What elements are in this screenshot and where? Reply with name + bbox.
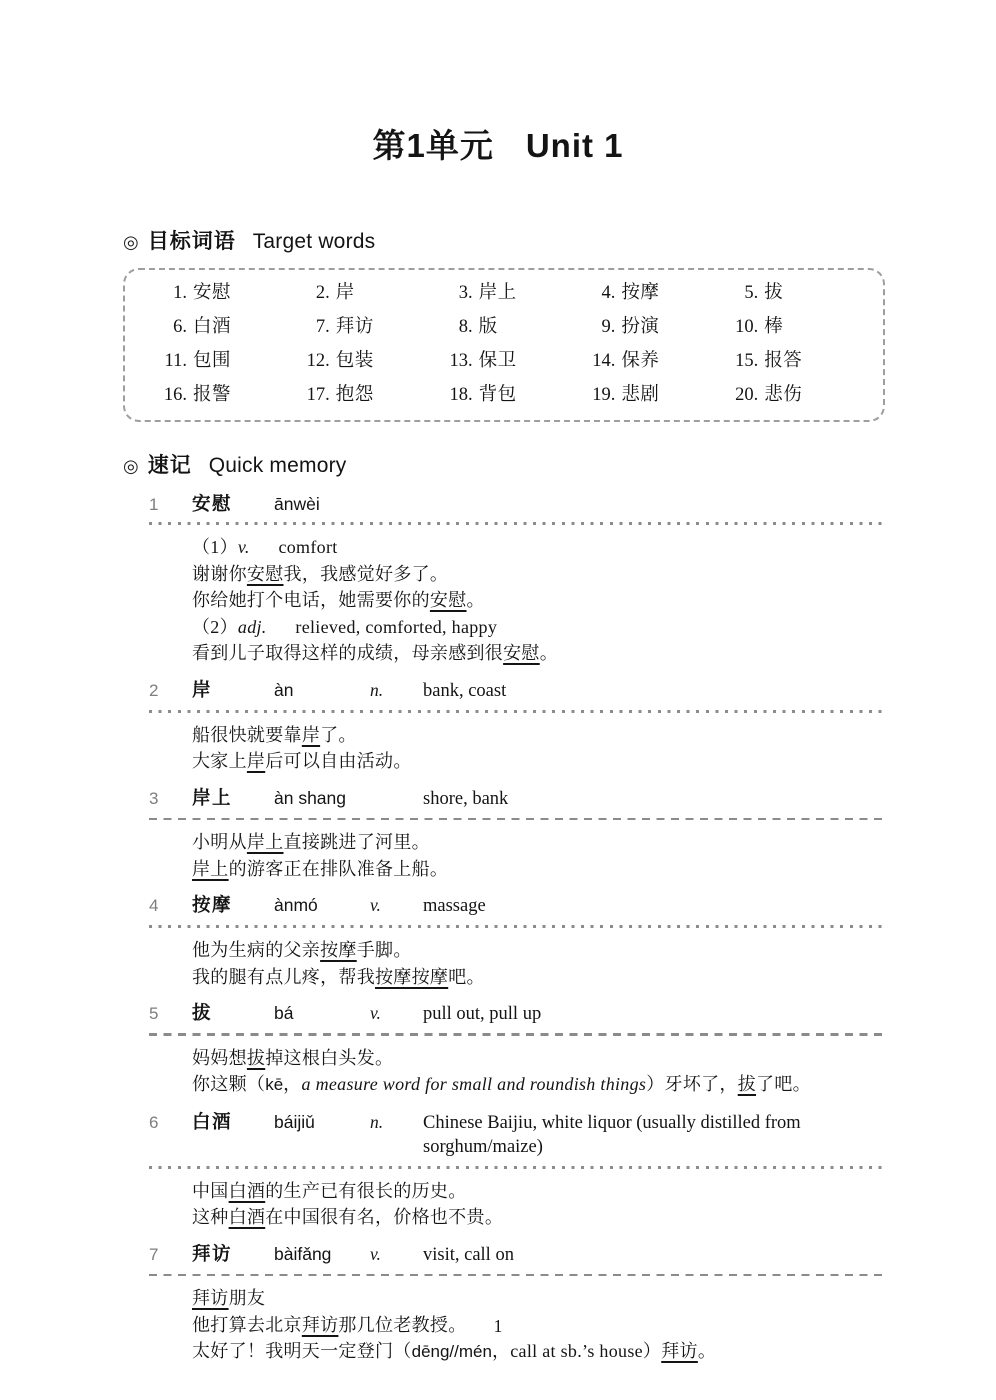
- target-word-number: 9.: [577, 316, 615, 338]
- target-word: 16.报警: [149, 384, 292, 406]
- text-segment: 你这颗（: [192, 1074, 265, 1094]
- text-segment: 谢谢你: [192, 564, 247, 584]
- text-segment: 按摩: [320, 940, 357, 960]
- text-segment: 安慰: [503, 643, 540, 663]
- target-word-text: 白酒: [193, 316, 231, 338]
- target-word-text: 报答: [764, 350, 802, 372]
- target-words-box: 1.安慰2.岸3.岸上4.按摩5.拔6.白酒7.拜访8.版9.扮演10.棒11.…: [123, 268, 885, 422]
- quick-memory-header: ◎ 速记 Quick memory: [123, 453, 885, 479]
- entry-examples: （1）v. comfort谢谢你安慰我，我感觉好多了。你给她打个电话，她需要你的…: [192, 534, 885, 667]
- entry-meaning: Chinese Baijiu, white liquor (usually di…: [423, 1111, 885, 1159]
- target-word-text: 版: [479, 316, 498, 338]
- text-segment: 我，我感觉好多了。: [284, 564, 449, 584]
- text-segment: 岸: [302, 725, 320, 745]
- text-segment: 拔: [247, 1048, 265, 1068]
- text-segment: （2）: [192, 617, 238, 637]
- text-segment: 在中国很有名，价格也不贵。: [265, 1207, 503, 1227]
- target-word-text: 背包: [479, 384, 517, 406]
- target-word-number: 5.: [720, 282, 758, 304]
- text-segment: ，: [283, 1074, 301, 1094]
- text-segment: 我的腿有点儿疼，帮我: [192, 967, 375, 987]
- unit-title-zh: 第1单元: [372, 127, 493, 164]
- entry-separator: [149, 1033, 885, 1036]
- target-word-number: 2.: [292, 282, 330, 304]
- text-segment: 拜访: [661, 1341, 698, 1361]
- entry-pinyin: bá: [274, 1003, 370, 1024]
- entry: 2岸ànn.bank, coast船很快就要靠岸了。大家上岸后可以自由活动。: [149, 679, 885, 775]
- entry: 5拔báv.pull out, pull up妈妈想拔掉这根白头发。你这颗（kē…: [149, 1002, 885, 1099]
- target-word-number: 19.: [577, 384, 615, 406]
- entry-number: 4: [149, 895, 192, 916]
- text-segment: 后可以自由活动。: [265, 751, 411, 771]
- entry-meaning: shore, bank: [423, 787, 885, 811]
- text-segment: 的游客正在排队准备上船。: [229, 859, 449, 879]
- entry-part-of-speech: v.: [370, 1003, 423, 1024]
- target-word-number: 1.: [149, 282, 187, 304]
- example-line: 中国白酒的生产已有很长的历史。: [192, 1178, 885, 1205]
- entry-pinyin: báijiǔ: [274, 1112, 370, 1133]
- example-line: 岸上的游客正在排队准备上船。: [192, 856, 885, 883]
- entry-number: 5: [149, 1003, 192, 1024]
- entry: 4按摩ànmóv.massage他为生病的父亲按摩手脚。我的腿有点儿疼，帮我按摩…: [149, 894, 885, 990]
- text-segment: 按摩按摩: [375, 967, 448, 987]
- target-word-number: 4.: [577, 282, 615, 304]
- entry-part-of-speech: v.: [370, 1244, 423, 1265]
- text-segment: comfort: [250, 537, 338, 557]
- entry-meaning: bank, coast: [423, 679, 885, 703]
- example-line: 你这颗（kē，a measure word for small and roun…: [192, 1071, 885, 1099]
- text-segment: 妈妈想: [192, 1048, 247, 1068]
- example-line: 大家上岸后可以自由活动。: [192, 748, 885, 775]
- bullseye-icon: ◎: [123, 453, 139, 479]
- text-segment: ，call at sb.’s house）: [492, 1341, 661, 1361]
- entry-examples: 船很快就要靠岸了。大家上岸后可以自由活动。: [192, 722, 885, 775]
- text-segment: kē: [265, 1075, 283, 1094]
- target-word-text: 按摩: [621, 282, 659, 304]
- entry: 6白酒báijiǔn.Chinese Baijiu, white liquor …: [149, 1111, 885, 1231]
- text-segment: 岸: [247, 751, 265, 771]
- text-segment: 你给她打个电话，她需要你的: [192, 590, 430, 610]
- example-line: 他为生病的父亲按摩手脚。: [192, 937, 885, 964]
- example-line: （1）v. comfort: [192, 534, 885, 561]
- target-word: 1.安慰: [149, 282, 292, 304]
- text-segment: ）牙坏了，: [646, 1074, 738, 1094]
- entry-pinyin: bàifǎng: [274, 1244, 370, 1265]
- target-word-number: 12.: [292, 350, 330, 372]
- text-segment: 安慰: [430, 590, 467, 610]
- entry-header: 2岸ànn.bank, coast: [149, 679, 885, 703]
- target-word-number: 8.: [435, 316, 473, 338]
- text-segment: 太好了！我明天一定登门（: [192, 1341, 412, 1361]
- target-word-number: 7.: [292, 316, 330, 338]
- target-word: 2.岸: [292, 282, 435, 304]
- target-word-text: 拔: [764, 282, 783, 304]
- entry-word: 白酒: [192, 1111, 274, 1132]
- entry-meaning: visit, call on: [423, 1243, 885, 1267]
- text-segment: 。: [540, 643, 558, 663]
- entry-examples: 中国白酒的生产已有很长的历史。这种白酒在中国很有名，价格也不贵。: [192, 1178, 885, 1231]
- target-word-number: 11.: [149, 350, 187, 372]
- page-number: 1: [0, 1316, 996, 1337]
- example-line: 妈妈想拔掉这根白头发。: [192, 1045, 885, 1072]
- target-word-text: 安慰: [193, 282, 231, 304]
- entry-number: 2: [149, 680, 192, 701]
- entry-separator: [149, 818, 885, 821]
- text-segment: 拜访: [192, 1288, 229, 1308]
- text-segment: 岸上: [247, 832, 284, 852]
- target-word-text: 悲剧: [621, 384, 659, 406]
- entry-separator: [149, 925, 885, 928]
- text-segment: relieved, comforted, happy: [267, 617, 498, 637]
- text-segment: adj.: [238, 617, 267, 637]
- text-segment: 朋友: [229, 1288, 266, 1308]
- entry-pinyin: ànmó: [274, 895, 370, 916]
- text-segment: a measure word for small and roundish th…: [301, 1074, 646, 1094]
- target-word: 11.包围: [149, 350, 292, 372]
- text-segment: 看到儿子取得这样的成绩，母亲感到很: [192, 643, 503, 663]
- target-word-number: 16.: [149, 384, 187, 406]
- text-segment: 中国: [192, 1181, 229, 1201]
- target-word: 15.报答: [720, 350, 863, 372]
- entry-part-of-speech: n.: [370, 680, 423, 701]
- target-word: 12.包装: [292, 350, 435, 372]
- text-segment: 手脚。: [357, 940, 412, 960]
- entry-meaning: massage: [423, 894, 885, 918]
- text-segment: 白酒: [229, 1207, 266, 1227]
- example-line: （2）adj. relieved, comforted, happy: [192, 614, 885, 641]
- target-word: 3.岸上: [435, 282, 578, 304]
- target-word-text: 悲伤: [764, 384, 802, 406]
- target-word-number: 14.: [577, 350, 615, 372]
- entry-number: 1: [149, 494, 192, 515]
- text-segment: 他为生病的父亲: [192, 940, 320, 960]
- target-word-text: 棒: [764, 316, 783, 338]
- entry-number: 3: [149, 788, 192, 809]
- entry-examples: 他为生病的父亲按摩手脚。我的腿有点儿疼，帮我按摩按摩吧。: [192, 937, 885, 990]
- target-word: 18.背包: [435, 384, 578, 406]
- entry-examples: 妈妈想拔掉这根白头发。你这颗（kē，a measure word for sma…: [192, 1045, 885, 1099]
- target-words-grid: 1.安慰2.岸3.岸上4.按摩5.拔6.白酒7.拜访8.版9.扮演10.棒11.…: [149, 282, 863, 406]
- target-word: 19.悲剧: [577, 384, 720, 406]
- target-words-header: ◎ 目标词语 Target words: [123, 229, 885, 255]
- entry-word: 按摩: [192, 894, 274, 915]
- target-words-title-zh: 目标词语: [148, 229, 236, 255]
- target-word: 4.按摩: [577, 282, 720, 304]
- example-line: 小明从岸上直接跳进了河里。: [192, 829, 885, 856]
- entry-pinyin: àn: [274, 680, 370, 701]
- text-segment: 拔: [738, 1074, 756, 1094]
- entry-number: 7: [149, 1244, 192, 1265]
- example-line: 我的腿有点儿疼，帮我按摩按摩吧。: [192, 964, 885, 991]
- entry-number: 6: [149, 1112, 192, 1133]
- text-segment: 安慰: [247, 564, 284, 584]
- entry-header: 7拜访bàifǎngv.visit, call on: [149, 1243, 885, 1267]
- target-word: 7.拜访: [292, 316, 435, 338]
- text-segment: v.: [238, 537, 250, 557]
- entry-word: 安慰: [192, 493, 274, 514]
- entry-header: 4按摩ànmóv.massage: [149, 894, 885, 918]
- target-word-number: 15.: [720, 350, 758, 372]
- target-word: 5.拔: [720, 282, 863, 304]
- entry-pinyin: àn shang: [274, 788, 370, 809]
- target-word: 20.悲伤: [720, 384, 863, 406]
- textbook-page: 第1单元Unit 1 ◎ 目标词语 Target words 1.安慰2.岸3.…: [0, 0, 996, 1400]
- example-line: 这种白酒在中国很有名，价格也不贵。: [192, 1204, 885, 1231]
- quick-memory-title-en: Quick memory: [209, 453, 347, 479]
- text-segment: 吧。: [448, 967, 485, 987]
- entry-part-of-speech: v.: [370, 895, 423, 916]
- quick-memory-list: 1安慰ānwèi（1）v. comfort谢谢你安慰我，我感觉好多了。你给她打个…: [149, 493, 885, 1366]
- example-line: 看到儿子取得这样的成绩，母亲感到很安慰。: [192, 640, 885, 667]
- target-word-text: 保养: [621, 350, 659, 372]
- text-segment: 。: [467, 590, 485, 610]
- text-segment: 了。: [320, 725, 357, 745]
- entry-separator: [149, 710, 885, 713]
- target-word-text: 保卫: [479, 350, 517, 372]
- target-word: 6.白酒: [149, 316, 292, 338]
- text-segment: 的生产已有很长的历史。: [265, 1181, 466, 1201]
- unit-title-en: Unit 1: [526, 127, 624, 164]
- entry-word: 岸: [192, 679, 274, 700]
- page-content: ◎ 目标词语 Target words 1.安慰2.岸3.岸上4.按摩5.拔6.…: [123, 229, 885, 1366]
- target-word: 8.版: [435, 316, 578, 338]
- text-segment: 了吧。: [756, 1074, 811, 1094]
- entry: 7拜访bàifǎngv.visit, call on拜访朋友他打算去北京拜访那几…: [149, 1243, 885, 1366]
- entry-header: 1安慰ānwèi: [149, 493, 885, 515]
- entry-word: 拔: [192, 1002, 274, 1023]
- target-word-text: 拜访: [336, 316, 374, 338]
- target-word: 17.抱怨: [292, 384, 435, 406]
- target-word-text: 包围: [193, 350, 231, 372]
- target-word: 14.保养: [577, 350, 720, 372]
- text-segment: 直接跳进了河里。: [284, 832, 430, 852]
- entry-word: 岸上: [192, 787, 274, 808]
- entry-separator: [149, 1166, 885, 1169]
- target-word-number: 18.: [435, 384, 473, 406]
- text-segment: 小明从: [192, 832, 247, 852]
- text-segment: （1）: [192, 537, 238, 557]
- target-word-number: 17.: [292, 384, 330, 406]
- quick-memory-title-zh: 速记: [148, 453, 192, 479]
- example-line: 拜访朋友: [192, 1285, 885, 1312]
- target-word-text: 包装: [336, 350, 374, 372]
- entry-header: 3岸上àn shangshore, bank: [149, 787, 885, 811]
- text-segment: 白酒: [229, 1181, 266, 1201]
- text-segment: 船很快就要靠: [192, 725, 302, 745]
- entry-separator: [149, 522, 885, 525]
- target-word-number: 3.: [435, 282, 473, 304]
- example-line: 太好了！我明天一定登门（dēng//mén，call at sb.’s hous…: [192, 1338, 885, 1366]
- target-word-text: 抱怨: [336, 384, 374, 406]
- unit-title: 第1单元Unit 1: [0, 0, 996, 165]
- text-segment: 掉这根白头发。: [265, 1048, 393, 1068]
- text-segment: dēng//mén: [412, 1342, 492, 1361]
- bullseye-icon: ◎: [123, 229, 139, 255]
- target-word: 10.棒: [720, 316, 863, 338]
- entry-meaning: pull out, pull up: [423, 1002, 885, 1026]
- target-word-number: 10.: [720, 316, 758, 338]
- example-line: 谢谢你安慰我，我感觉好多了。: [192, 561, 885, 588]
- target-word: 13.保卫: [435, 350, 578, 372]
- entry-pinyin: ānwèi: [274, 494, 370, 515]
- target-word: 9.扮演: [577, 316, 720, 338]
- entry-header: 5拔báv.pull out, pull up: [149, 1002, 885, 1026]
- text-segment: 。: [698, 1341, 716, 1361]
- example-line: 船很快就要靠岸了。: [192, 722, 885, 749]
- target-word-number: 20.: [720, 384, 758, 406]
- entry-word: 拜访: [192, 1243, 274, 1264]
- target-word-text: 岸: [336, 282, 355, 304]
- entry-separator: [149, 1274, 885, 1277]
- entry: 1安慰ānwèi（1）v. comfort谢谢你安慰我，我感觉好多了。你给她打个…: [149, 493, 885, 667]
- text-segment: 大家上: [192, 751, 247, 771]
- entry-header: 6白酒báijiǔn.Chinese Baijiu, white liquor …: [149, 1111, 885, 1159]
- target-words-title-en: Target words: [253, 229, 376, 255]
- entry: 3岸上àn shangshore, bank小明从岸上直接跳进了河里。岸上的游客…: [149, 787, 885, 883]
- target-word-text: 岸上: [479, 282, 517, 304]
- entry-examples: 小明从岸上直接跳进了河里。岸上的游客正在排队准备上船。: [192, 829, 885, 882]
- text-segment: 这种: [192, 1207, 229, 1227]
- target-word-text: 报警: [193, 384, 231, 406]
- text-segment: 岸上: [192, 859, 229, 879]
- target-word-number: 6.: [149, 316, 187, 338]
- example-line: 你给她打个电话，她需要你的安慰。: [192, 587, 885, 614]
- entry-part-of-speech: n.: [370, 1112, 423, 1133]
- target-word-number: 13.: [435, 350, 473, 372]
- target-word-text: 扮演: [621, 316, 659, 338]
